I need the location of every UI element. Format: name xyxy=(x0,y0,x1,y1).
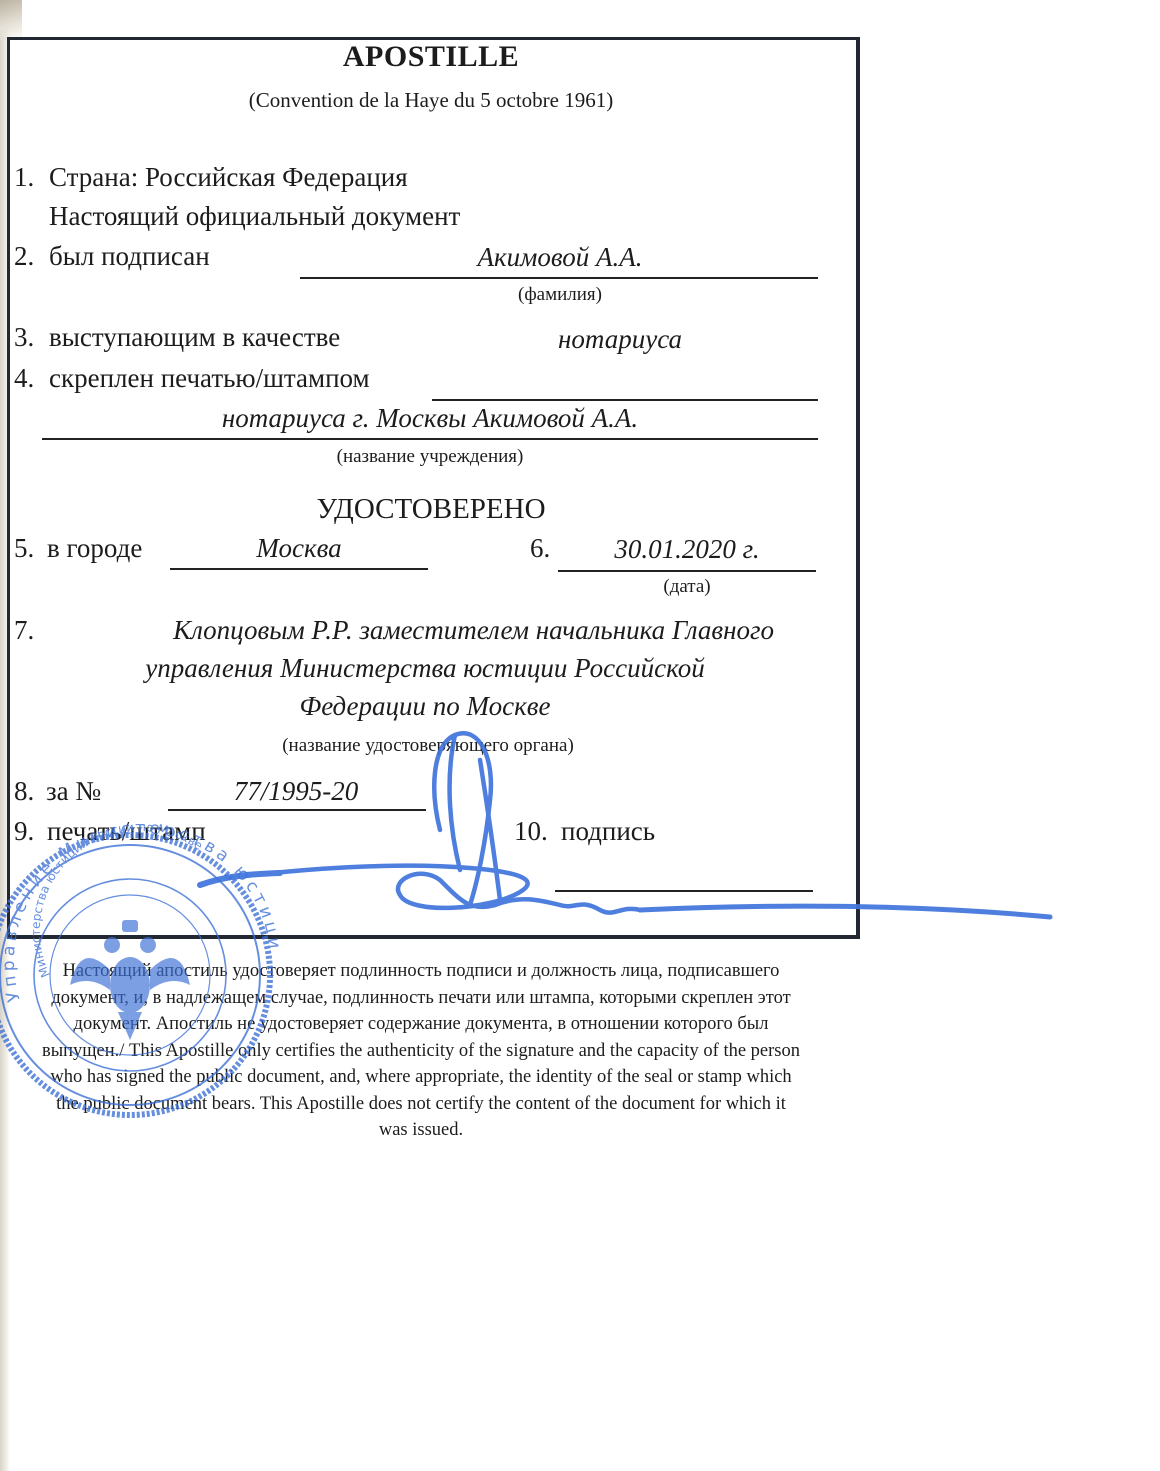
intro-label: Настоящий официальный документ xyxy=(49,201,460,232)
seal-underline-2 xyxy=(42,438,818,440)
signed-by-underline xyxy=(300,277,818,279)
footer-note: Настоящий апостиль удостоверяет подлинно… xyxy=(0,958,842,1144)
authority-line-1: Клопцовым Р.Р. заместителем начальника Г… xyxy=(20,615,832,646)
certificate-no-underline xyxy=(168,809,426,811)
date-caption: (дата) xyxy=(630,576,744,598)
item-number-4: 4. xyxy=(14,363,34,394)
country-label: Страна: Российская Федерация xyxy=(49,162,408,193)
item-number-1: 1. xyxy=(14,162,34,193)
date-value: 30.01.2020 г. xyxy=(558,534,816,565)
footer-note-line: выпущен./ This Apostille only certifies … xyxy=(0,1038,842,1065)
item-number-9: 9. xyxy=(14,816,34,847)
item-number-2: 2. xyxy=(14,241,34,272)
capacity-value: нотариуса xyxy=(450,324,790,355)
certificate-no-value: 77/1995-20 xyxy=(168,776,424,807)
item-number-8: 8. xyxy=(14,776,34,807)
signed-by-value: Акимовой А.А. xyxy=(300,242,820,273)
footer-note-line: документ. Апостиль не удостоверяет содер… xyxy=(0,1011,842,1038)
seal-underline-1 xyxy=(432,399,818,401)
footer-note-line: Настоящий апостиль удостоверяет подлинно… xyxy=(0,958,842,985)
signed-by-caption: (фамилия) xyxy=(300,284,820,306)
document-subtitle: (Convention de la Haye du 5 octobre 1961… xyxy=(0,88,862,113)
paper-corner-shadow xyxy=(0,0,22,40)
authority-line-3: Федерации по Москве xyxy=(0,691,850,722)
stamp-label: печать/штамп xyxy=(47,816,206,847)
city-underline xyxy=(170,568,428,570)
seal-value: нотариуса г. Москвы Акимовой А.А. xyxy=(40,403,820,434)
document-title: APOSTILLE xyxy=(0,40,862,74)
authority-line-1-text: Клопцовым Р.Р. заместителем начальника Г… xyxy=(173,615,774,646)
footer-note-line: the public document bears. This Apostill… xyxy=(0,1091,842,1118)
city-label: в городе xyxy=(47,533,142,564)
footer-note-line: документ, и, в надлежащем случае, подлин… xyxy=(0,985,842,1012)
authority-caption: (название удостоверяющего органа) xyxy=(0,735,856,757)
seal-label: скреплен печатью/штампом xyxy=(49,363,370,394)
signature-label: подпись xyxy=(561,816,655,847)
footer-note-line: was issued. xyxy=(0,1117,842,1144)
city-value: Москва xyxy=(168,533,430,564)
date-underline xyxy=(558,570,816,572)
capacity-label: выступающим в качестве xyxy=(49,322,340,353)
certified-heading: УДОСТОВЕРЕНО xyxy=(0,493,862,526)
certificate-no-label: за № xyxy=(46,776,101,807)
item-number-10: 10. xyxy=(514,816,548,847)
footer-note-line: who has signed the public document, and,… xyxy=(0,1064,842,1091)
item-number-6: 6. xyxy=(530,533,550,564)
item-number-5: 5. xyxy=(14,533,34,564)
item-number-3: 3. xyxy=(14,322,34,353)
signature-underline xyxy=(555,890,813,892)
authority-line-2: управления Министерства юстиции Российск… xyxy=(0,653,850,684)
signed-by-label: был подписан xyxy=(49,241,210,272)
seal-caption: (название учреждения) xyxy=(42,446,818,468)
